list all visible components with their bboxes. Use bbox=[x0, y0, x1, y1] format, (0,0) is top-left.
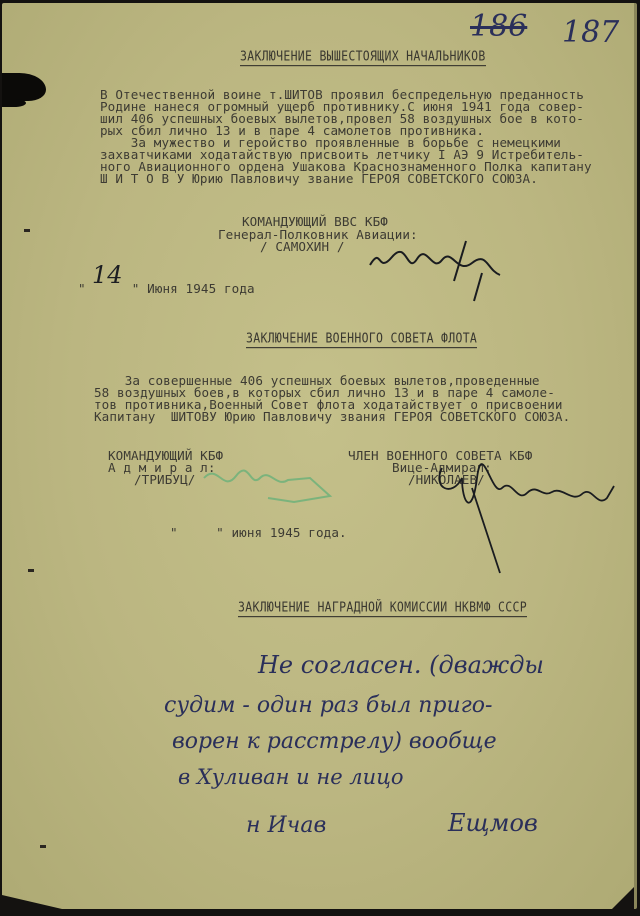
handwritten-line: Не согласен. (дважды bbox=[258, 651, 544, 679]
page-corner bbox=[2, 895, 62, 909]
torn-edge bbox=[2, 73, 46, 101]
handwritten-line: ворен к расстрелу) вообще bbox=[172, 729, 497, 754]
document-page: 186 187 ЗАКЛЮЧЕНИЕ ВЫШЕСТОЯЩИХ НАЧАЛЬНИК… bbox=[2, 3, 637, 909]
binding-hole-mark bbox=[40, 845, 46, 848]
section-heading-military-council: ЗАКЛЮЧЕНИЕ ВОЕННОГО СОВЕТА ФЛОТА bbox=[246, 330, 477, 348]
signature-samokhin bbox=[362, 235, 502, 305]
handwritten-note: н Ичав bbox=[246, 813, 326, 838]
text-line: Капитану ШИТОВУ Юрию Павловичу звания ГЕ… bbox=[94, 411, 570, 423]
handwritten-line: в Хуливан и не лицо bbox=[178, 765, 404, 789]
archive-number: 187 bbox=[562, 15, 619, 50]
signatory-name: /ТРИБУЦ/ bbox=[134, 474, 195, 486]
signature-nikolaev bbox=[432, 458, 622, 578]
text-line: Ш И Т О В У Юрию Павловичу звание ГЕРОЯ … bbox=[100, 173, 538, 185]
signatory-name: / САМОХИН / bbox=[260, 241, 345, 253]
binding-hole-mark bbox=[24, 229, 30, 232]
section-heading-award-commission: ЗАКЛЮЧЕНИЕ НАГРАДНОЙ КОМИССИИ НКВМФ СССР bbox=[238, 599, 527, 617]
signature-tributs bbox=[198, 458, 338, 508]
date-line: " " июня 1945 года. bbox=[170, 527, 347, 539]
binding-hole-mark bbox=[28, 569, 34, 572]
page-corner bbox=[612, 887, 634, 909]
torn-edge bbox=[2, 99, 26, 107]
archive-number-struck: 186 bbox=[470, 9, 527, 44]
date-line: " " Июня 1945 года bbox=[78, 283, 255, 295]
signature-commission: Ещмов bbox=[448, 809, 538, 837]
handwritten-line: судим - один раз был приго- bbox=[164, 693, 492, 718]
section-heading-superiors: ЗАКЛЮЧЕНИЕ ВЫШЕСТОЯЩИХ НАЧАЛЬНИКОВ bbox=[240, 48, 486, 66]
